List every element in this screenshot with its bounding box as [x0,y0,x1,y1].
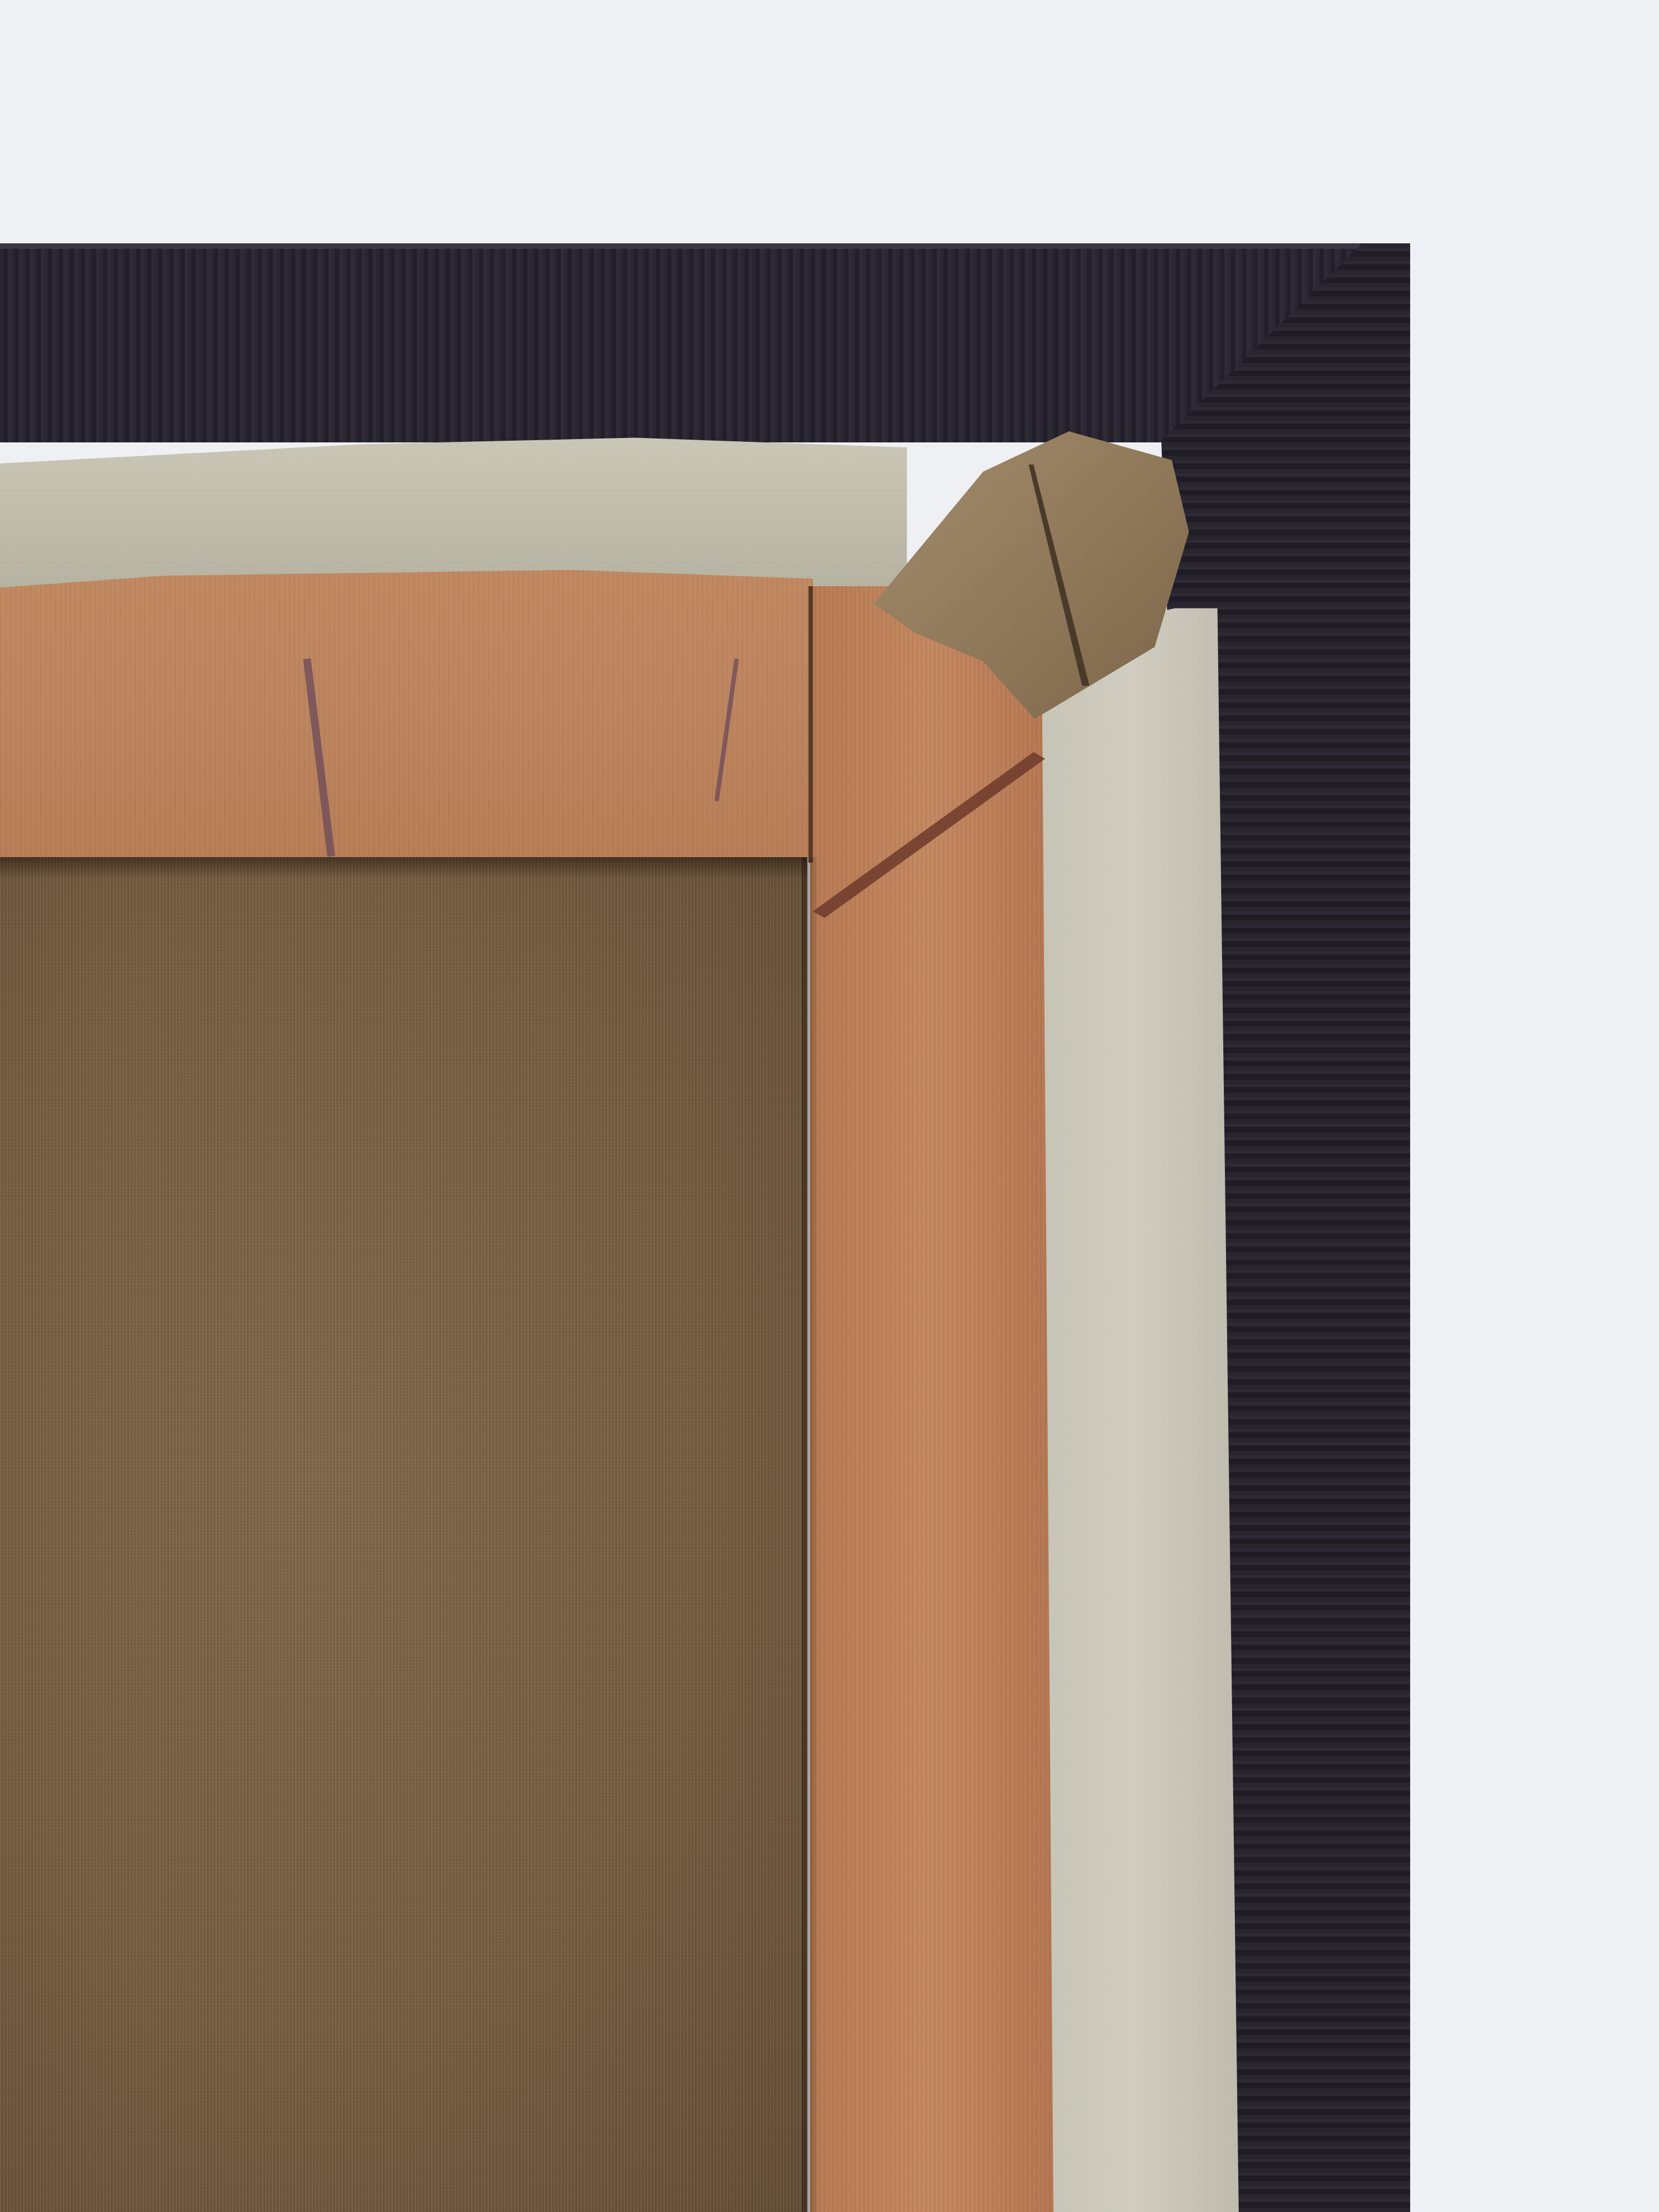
linen-margin-right [1026,608,1239,2212]
stretcher-shadow [802,857,818,2212]
canvas-edge-shadow [0,857,807,879]
stretcher-bar-top [0,564,813,857]
frame-top-edge [0,243,1363,442]
linen-margin-top [0,431,907,592]
stretcher-joint [808,586,813,863]
canvas-back [0,857,807,2212]
frame-top-highlight [0,243,1360,249]
